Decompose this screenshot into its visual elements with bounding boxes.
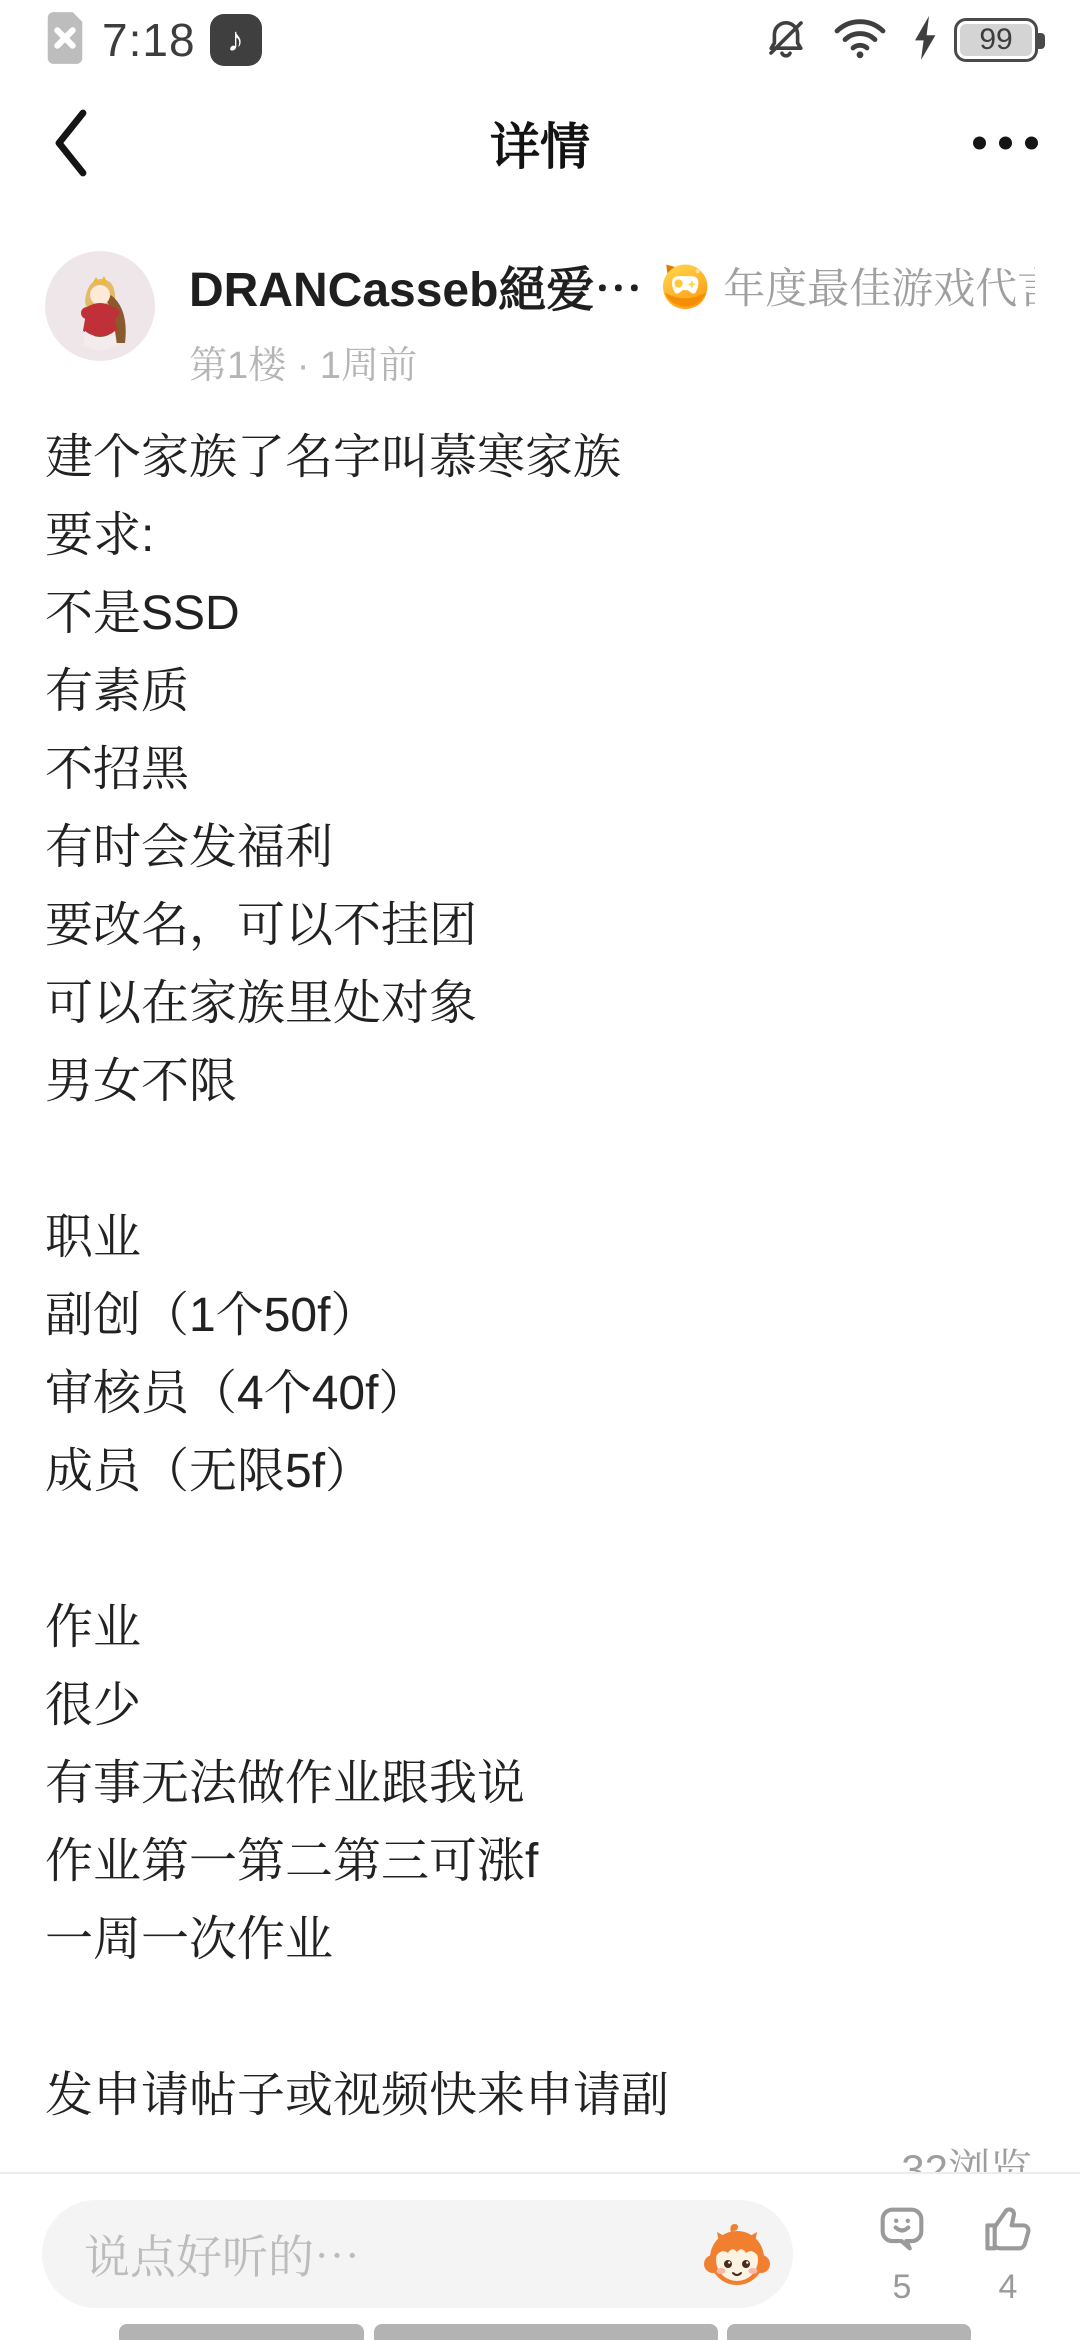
- post-text-line: 副创（1个50f）: [45, 1277, 1035, 1355]
- battery-icon: 99: [954, 18, 1038, 62]
- post-text-line: 有事无法做作业跟我说: [45, 1745, 1035, 1823]
- badge-label: 年度最佳游戏代言人: [723, 256, 1035, 316]
- post-text-line: 很少: [45, 1667, 1035, 1745]
- author-name[interactable]: DRANCasseb絕爱⋯: [189, 251, 642, 320]
- floor-and-time: 第1楼 · 1周前: [189, 334, 1035, 389]
- menu-dot: [1025, 136, 1038, 149]
- comment-count: 5: [893, 2270, 912, 2304]
- status-bar: 7:18 ♪: [0, 0, 1080, 70]
- post-text-line: [45, 1979, 1035, 2057]
- menu-dot: [999, 136, 1012, 149]
- author-badge: 年度最佳游戏代言人: [658, 254, 1035, 318]
- more-menu-button[interactable]: [973, 136, 1038, 149]
- thumbs-up-icon: [979, 2200, 1037, 2258]
- post-text-line: 男女不限: [45, 1043, 1035, 1121]
- battery-percent: 99: [979, 23, 1012, 57]
- bottom-bar-segment: [727, 2324, 971, 2340]
- post-text-line: 不招黑: [45, 731, 1035, 809]
- comment-input[interactable]: 说点好听的⋯: [42, 2200, 793, 2308]
- author-info: DRANCasseb絕爱⋯: [189, 251, 1035, 389]
- post-detail-screen: 7:18 ♪: [0, 0, 1080, 2340]
- mascot-emoji-button[interactable]: [701, 2218, 773, 2290]
- bottom-bar-segment: [119, 2324, 364, 2340]
- back-button[interactable]: [45, 98, 109, 188]
- wifi-icon: [832, 14, 888, 67]
- post-text-line: [45, 1511, 1035, 1589]
- post-text-line: 作业: [45, 1589, 1035, 1667]
- post-text-line: 要求:: [45, 497, 1035, 575]
- charging-bolt-icon: [910, 14, 940, 67]
- post-text-line: 建个家族了名字叫慕寒家族: [45, 419, 1035, 497]
- music-app-icon: ♪: [210, 14, 262, 66]
- status-time: 7:18: [102, 13, 196, 67]
- bell-muted-icon: [762, 14, 810, 67]
- post-text-line: 要改名，可以不挂团: [45, 887, 1035, 965]
- post-text-line: [45, 1121, 1035, 1199]
- post-text-line: 职业: [45, 1199, 1035, 1277]
- post-text-line: 作业第一第二第三可涨f: [45, 1823, 1035, 1901]
- like-button[interactable]: 4: [962, 2200, 1054, 2304]
- bottom-hint-bars: [0, 2324, 1080, 2340]
- avatar[interactable]: [45, 251, 155, 361]
- post-text-line: 有素质: [45, 653, 1035, 731]
- like-count: 4: [999, 2270, 1018, 2304]
- status-left: 7:18 ♪: [42, 12, 262, 69]
- comment-bar: 说点好听的⋯: [0, 2172, 1080, 2340]
- page-title: 详情: [490, 107, 590, 179]
- nav-header: 详情: [0, 70, 1080, 215]
- status-right: 99: [762, 14, 1038, 67]
- gold-medal-gamepad-icon: [658, 254, 711, 318]
- author-name-row: DRANCasseb絕爱⋯: [189, 251, 1035, 320]
- post-text-line: 发申请帖子或视频快来申请副: [45, 2057, 1035, 2135]
- post-text-line: 可以在家族里处对象: [45, 965, 1035, 1043]
- post-text-line: 审核员（4个40f）: [45, 1355, 1035, 1433]
- post-text-line: 有时会发福利: [45, 809, 1035, 887]
- comment-button[interactable]: 5: [856, 2200, 948, 2304]
- post-text-line: 一周一次作业: [45, 1901, 1035, 1979]
- post-text-line: 不是SSD: [45, 575, 1035, 653]
- comment-bubble-icon: [873, 2200, 931, 2258]
- post-body: 建个家族了名字叫慕寒家族要求:不是SSD有素质不招黑有时会发福利要改名，可以不挂…: [0, 389, 1080, 2135]
- bottom-bar-segment: [374, 2324, 718, 2340]
- menu-dot: [973, 136, 986, 149]
- no-sim-icon: [42, 12, 88, 69]
- author-row: DRANCasseb絕爱⋯: [0, 215, 1080, 389]
- post-text-line: 成员（无限5f）: [45, 1433, 1035, 1511]
- comment-placeholder: 说点好听的⋯: [84, 2221, 360, 2287]
